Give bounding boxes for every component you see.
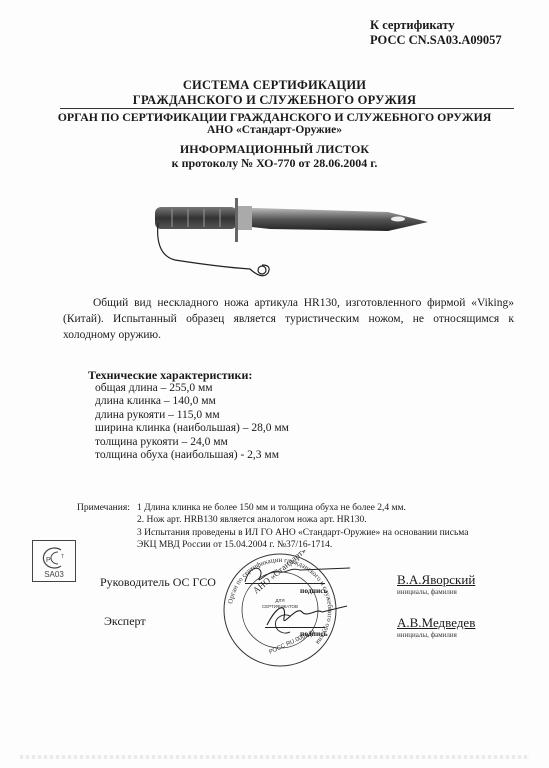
signer-name-caption: инициалы, фамилия (397, 588, 457, 596)
spec-item: общая длина – 255,0 мм (95, 382, 289, 395)
signature-caption: подпись (300, 629, 328, 638)
handwritten-signature-icon (240, 562, 360, 587)
signature-role-head: Руководитель ОС ГСО (100, 575, 216, 590)
organ-name: АНО «Стандарт-Оружие» (0, 124, 549, 136)
protocol-reference: к протоколу № ХО-770 от 28.06.2004 г. (0, 156, 549, 171)
description-text: Общий вид нескладного ножа артикула HR13… (63, 297, 514, 341)
organ-title: ОРГАН ПО СЕРТИФИКАЦИИ ГРАЖДАНСКОГО И СЛУ… (0, 110, 549, 125)
specs-list: общая длина – 255,0 мм длина клинка – 14… (95, 382, 289, 462)
notes-label: Примечания: (77, 502, 130, 514)
spec-item: ширина клинка (наибольшая) – 28,0 мм (95, 422, 289, 435)
spec-item: длина клинка – 140,0 мм (95, 395, 289, 408)
document-title: ИНФОРМАЦИОННЫЙ ЛИСТОК (0, 142, 549, 157)
system-title-line1: СИСТЕМА СЕРТИФИКАЦИИ (0, 78, 549, 93)
handwritten-signature-icon (262, 600, 352, 630)
signer-name: В.А.Яворский (397, 572, 475, 588)
certificate-ref-number: РОСС CN.SA03.A09057 (370, 33, 502, 48)
specs-heading: Технические характеристики: (88, 368, 252, 383)
header-divider (60, 108, 514, 109)
note-item: 1 Длина клинка не более 150 мм и толщина… (137, 502, 468, 514)
signature-caption: подпись (300, 586, 328, 595)
signer-name-caption: инициалы, фамилия (397, 631, 457, 639)
signer-name: А.В.Медведев (397, 615, 475, 631)
rst-certification-mark-icon: P T SA03 (32, 540, 76, 582)
svg-text:T: T (61, 554, 64, 560)
spec-item: длина рукояти – 115,0 мм (95, 409, 289, 422)
scan-edge-noise (20, 755, 530, 759)
logo-code: SA03 (44, 570, 64, 579)
system-title-line2: ГРАЖДАНСКОГО И СЛУЖЕБНОГО ОРУЖИЯ (0, 93, 549, 108)
svg-text:P: P (46, 557, 51, 564)
certificate-reference: К сертификату РОСС CN.SA03.A09057 (370, 18, 502, 48)
certificate-ref-line1: К сертификату (370, 18, 502, 33)
spec-item: толщина рукояти – 24,0 мм (95, 436, 289, 449)
signature-role-expert: Эксперт (104, 614, 146, 629)
note-item: 2. Нож арт. HRB130 является аналогом нож… (137, 514, 468, 526)
knife-photo-icon (150, 195, 440, 285)
note-item: 3 Испытания проведены в ИЛ ГО АНО «Станд… (137, 527, 468, 539)
spec-item: толщина обуха (наибольшая) - 2,3 мм (95, 449, 289, 462)
description-paragraph: Общий вид нескладного ножа артикула HR13… (63, 295, 514, 343)
